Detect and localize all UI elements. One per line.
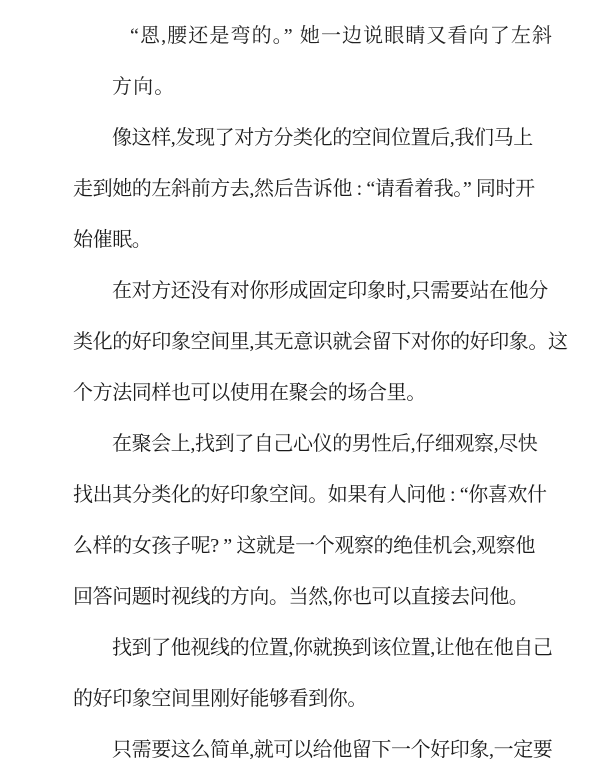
text-line: 走到她的左斜前方去,然后告诉他 : “请看着我。” 同时开 <box>73 164 586 215</box>
text-line: 的好印象空间里刚好能够看到你。 <box>73 674 586 725</box>
text-line: 么样的女孩子呢? ” 这就是一个观察的绝佳机会,观察他 <box>73 521 586 572</box>
text-line: 回答问题时视线的方向。当然,你也可以直接去问他。 <box>73 572 586 623</box>
book-page: “恩,腰还是弯的。” 她一边说眼睛又看向了左斜方向。像这样,发现了对方分类化的空… <box>0 0 604 779</box>
text-line: 只需要这么简单,就可以给他留下一个好印象,一定要 <box>73 725 586 776</box>
text-line: 像这样,发现了对方分类化的空间位置后,我们马上 <box>73 113 586 164</box>
page-text: “恩,腰还是弯的。” 她一边说眼睛又看向了左斜方向。像这样,发现了对方分类化的空… <box>73 11 586 776</box>
text-line: 找出其分类化的好印象空间。如果有人问他 : “你喜欢什 <box>73 470 586 521</box>
text-line: “恩,腰还是弯的。” 她一边说眼睛又看向了左斜 <box>73 11 586 62</box>
text-line: 始催眠。 <box>73 215 586 266</box>
text-line: 在对方还没有对你形成固定印象时,只需要站在他分 <box>73 266 586 317</box>
text-line: 在聚会上,找到了自己心仪的男性后,仔细观察,尽快 <box>73 419 586 470</box>
text-line: 方向。 <box>73 62 586 113</box>
text-line: 找到了他视线的位置,你就换到该位置,让他在他自己 <box>73 623 586 674</box>
text-line: 类化的好印象空间里,其无意识就会留下对你的好印象。这 <box>73 317 586 368</box>
text-line: 个方法同样也可以使用在聚会的场合里。 <box>73 368 586 419</box>
